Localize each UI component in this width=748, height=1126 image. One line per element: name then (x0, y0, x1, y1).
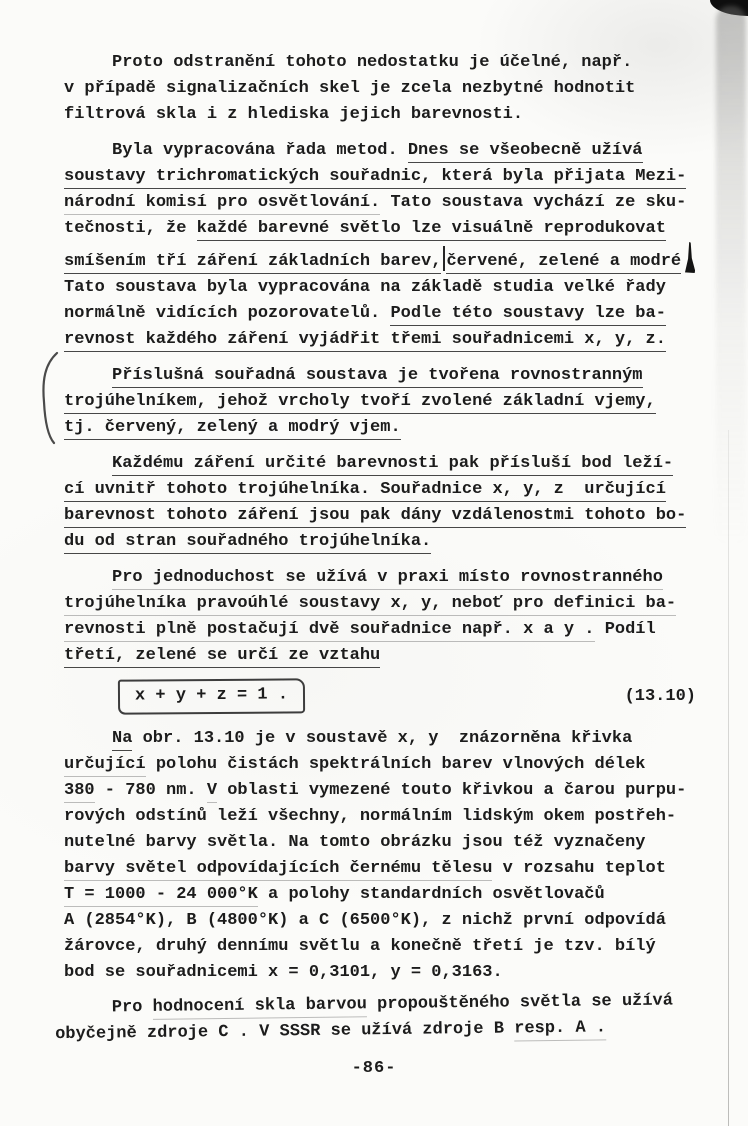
text-line: 380 - 780 nm. V oblasti vymezené touto k… (64, 778, 712, 804)
text-segment: du od stran souřadného trojúhelníka. (64, 532, 431, 554)
text-segment: soustavy trichromatických souřadnic, kte… (64, 167, 686, 189)
text-segment: a polohy standardních osvětlovačů (258, 885, 605, 904)
text-segment: Dnes se všeobecně užívá (408, 141, 643, 163)
scan-edge-streak (716, 6, 746, 546)
text-segment: barevnost tohoto záření jsou pak dány vz… (64, 506, 686, 528)
text-segment: revnosti plně postačují dvě souřadnice n… (64, 620, 595, 642)
text-segment: cí uvnitř tohoto trojúhelníka. Souřadnic… (64, 480, 666, 502)
text-segment: obyčejně zdroje C . V SSSR se užívá zdro… (55, 1020, 514, 1045)
scan-edge-line (728, 430, 730, 1126)
text-line: barevnost tohoto záření jsou pak dány vz… (64, 503, 712, 529)
text-segment: - 780 nm. (95, 781, 207, 800)
text-line: tj. červený, zelený a modrý vjem. (64, 415, 712, 441)
text-segment: propouštěného světla se užívá (367, 992, 673, 1015)
text-segment: rových odstínů leží všechny, normálním l… (64, 807, 676, 826)
text-segment: resp. A . (514, 1018, 606, 1041)
text-segment: A (2854°K), B (4800°K) a C (6500°K), z n… (64, 911, 666, 930)
text-segment: Proto odstranění tohoto nedostatku je úč… (112, 53, 632, 72)
text-segment: Pro jednoduchost se užívá v praxi místo … (112, 568, 663, 590)
text-line: tečnosti, že každé barevné světlo lze vi… (64, 216, 712, 242)
scanned-page: Proto odstranění tohoto nedostatku je úč… (0, 0, 748, 1126)
text-line: bod se souřadnicemi x = 0,3101, y = 0,31… (64, 960, 712, 986)
text-segment: hodnocení skla barvou (153, 995, 368, 1020)
text-segment: T = 1000 - 24 000°K (64, 885, 258, 907)
text-line: Byla vypracována řada metod. Dnes se vše… (64, 138, 712, 164)
text-segment: Podle této soustavy lze ba- (390, 304, 665, 326)
text-line: T = 1000 - 24 000°K a polohy standardníc… (64, 882, 712, 908)
text-segment: tečnosti, že (64, 219, 197, 238)
text-segment: bod se souřadnicemi x = 0,3101, y = 0,31… (64, 963, 503, 982)
text-segment: nutelné barvy světla. Na tomto obrázku j… (64, 833, 646, 852)
text-segment: národní komisí pro osvětlování. (64, 193, 380, 215)
paragraph: Pro jednoduchost se užívá v praxi místo … (64, 565, 712, 669)
text-segment: každé barevné světlo lze visuálně reprod… (197, 219, 666, 241)
text-segment: V (207, 781, 217, 803)
text-segment: Každému záření určité barevnosti pak pří… (112, 454, 673, 476)
text-line: Na obr. 13.10 je v soustavě x, y znázorn… (64, 726, 712, 752)
paragraph: Pro hodnocení skla barvou propouštěného … (64, 988, 713, 1048)
text-line: nutelné barvy světla. Na tomto obrázku j… (64, 830, 712, 856)
text-line: Pro jednoduchost se užívá v praxi místo … (64, 565, 712, 591)
text-line: žárovce, druhý dennímu světlu a konečně … (64, 934, 712, 960)
text-line: soustavy trichromatických souřadnic, kte… (64, 164, 712, 190)
paragraph: Proto odstranění tohoto nedostatku je úč… (64, 50, 712, 128)
text-line: cí uvnitř tohoto trojúhelníka. Souřadnic… (64, 477, 712, 503)
text-segment: oblasti vymezené touto křivkou a čarou p… (217, 781, 686, 800)
text-segment: normálně vidících pozorovatelů. (64, 304, 390, 323)
text-segment: třetí, zelené se určí ze vztahu (64, 646, 380, 668)
text-line: filtrová skla i z hlediska jejich barevn… (64, 102, 712, 128)
text-segment: Byla vypracována řada metod. (112, 141, 408, 160)
text-segment: v rozsahu teplot (492, 859, 665, 878)
text-segment: žárovce, druhý dennímu světlu a konečně … (64, 937, 656, 956)
text-line: třetí, zelené se určí ze vztahu (64, 643, 712, 669)
text-segment: červené, zelené a modré (446, 252, 681, 274)
text-line: určující polohu čistách spektrálních bar… (64, 752, 712, 778)
text-line: A (2854°K), B (4800°K) a C (6500°K), z n… (64, 908, 712, 934)
text-line: Příslušná souřadná soustava je tvořena r… (64, 363, 712, 389)
paragraph: Na obr. 13.10 je v soustavě x, y znázorn… (64, 726, 712, 986)
text-segment: smíšením tří záření základních barev, (64, 252, 441, 274)
text-line: trojúhelníka pravoúhlé soustavy x, y, ne… (64, 591, 712, 617)
text-line: rových odstínů leží všechny, normálním l… (64, 804, 712, 830)
pen-insert-mark-icon (684, 242, 695, 273)
text-segment: Tato soustava byla vypracována na základ… (64, 278, 666, 297)
text-segment: určující (64, 755, 146, 777)
text-line: barvy světel odpovídajících černému těle… (64, 856, 712, 882)
paragraph: Byla vypracována řada metod. Dnes se vše… (64, 138, 712, 353)
text-line: normálně vidících pozorovatelů. Podle té… (64, 301, 712, 327)
text-segment: obr. 13.10 je v soustavě x, y znázorněna… (132, 729, 632, 748)
text-segment: tj. červený, zelený a modrý vjem. (64, 418, 401, 440)
text-line: Každému záření určité barevnosti pak pří… (64, 451, 712, 477)
text-segment: v případě signalizačních skel je zcela n… (64, 79, 635, 98)
pen-margin-bracket-icon (40, 350, 62, 446)
text-line: smíšením tří záření základních barev,čer… (64, 242, 712, 275)
equation-ref: (13.10) (625, 684, 696, 710)
text-line: revnosti plně postačují dvě souřadnice n… (64, 617, 712, 643)
text-line: v případě signalizačních skel je zcela n… (64, 76, 712, 102)
text-segment: Podíl (595, 620, 656, 639)
text-segment: Na (112, 729, 132, 751)
text-segment: Pro (112, 998, 153, 1017)
text-segment: barvy světel odpovídajících černému těle… (64, 859, 492, 881)
text-line: du od stran souřadného trojúhelníka. (64, 529, 712, 555)
text-line: Proto odstranění tohoto nedostatku je úč… (64, 50, 712, 76)
text-line: národní komisí pro osvětlování. Tato sou… (64, 190, 712, 216)
equation-row: x + y + z = 1 .(13.10) (64, 679, 712, 714)
text-line: Tato soustava byla vypracována na základ… (64, 275, 712, 301)
paragraph: Příslušná souřadná soustava je tvořena r… (64, 363, 712, 441)
text-segment: 380 (64, 781, 95, 803)
text-segment: filtrová skla i z hlediska jejich barevn… (64, 105, 523, 124)
text-segment: Příslušná souřadná soustava je tvořena r… (112, 366, 643, 388)
text-segment: trojúhelníka pravoúhlé soustavy x, y, ne… (64, 594, 676, 616)
text-segment: polohu čistách spektrálních barev vlnový… (146, 755, 646, 774)
text-segment: Tato soustava vychází ze sku- (380, 193, 686, 212)
paragraph: Každému záření určité barevnosti pak pří… (64, 451, 712, 555)
text-segment: revnost každého záření vyjádřit třemi so… (64, 330, 666, 352)
text-segment: trojúhelníkem, jehož vrcholy tvoří zvole… (64, 392, 656, 414)
document-text: Proto odstranění tohoto nedostatku je úč… (64, 50, 712, 1058)
page-number: -86- (0, 1056, 748, 1082)
text-line: revnost každého záření vyjádřit třemi so… (64, 327, 712, 353)
equation-box: x + y + z = 1 . (118, 678, 305, 714)
text-line: trojúhelníkem, jehož vrcholy tvoří zvole… (64, 389, 712, 415)
